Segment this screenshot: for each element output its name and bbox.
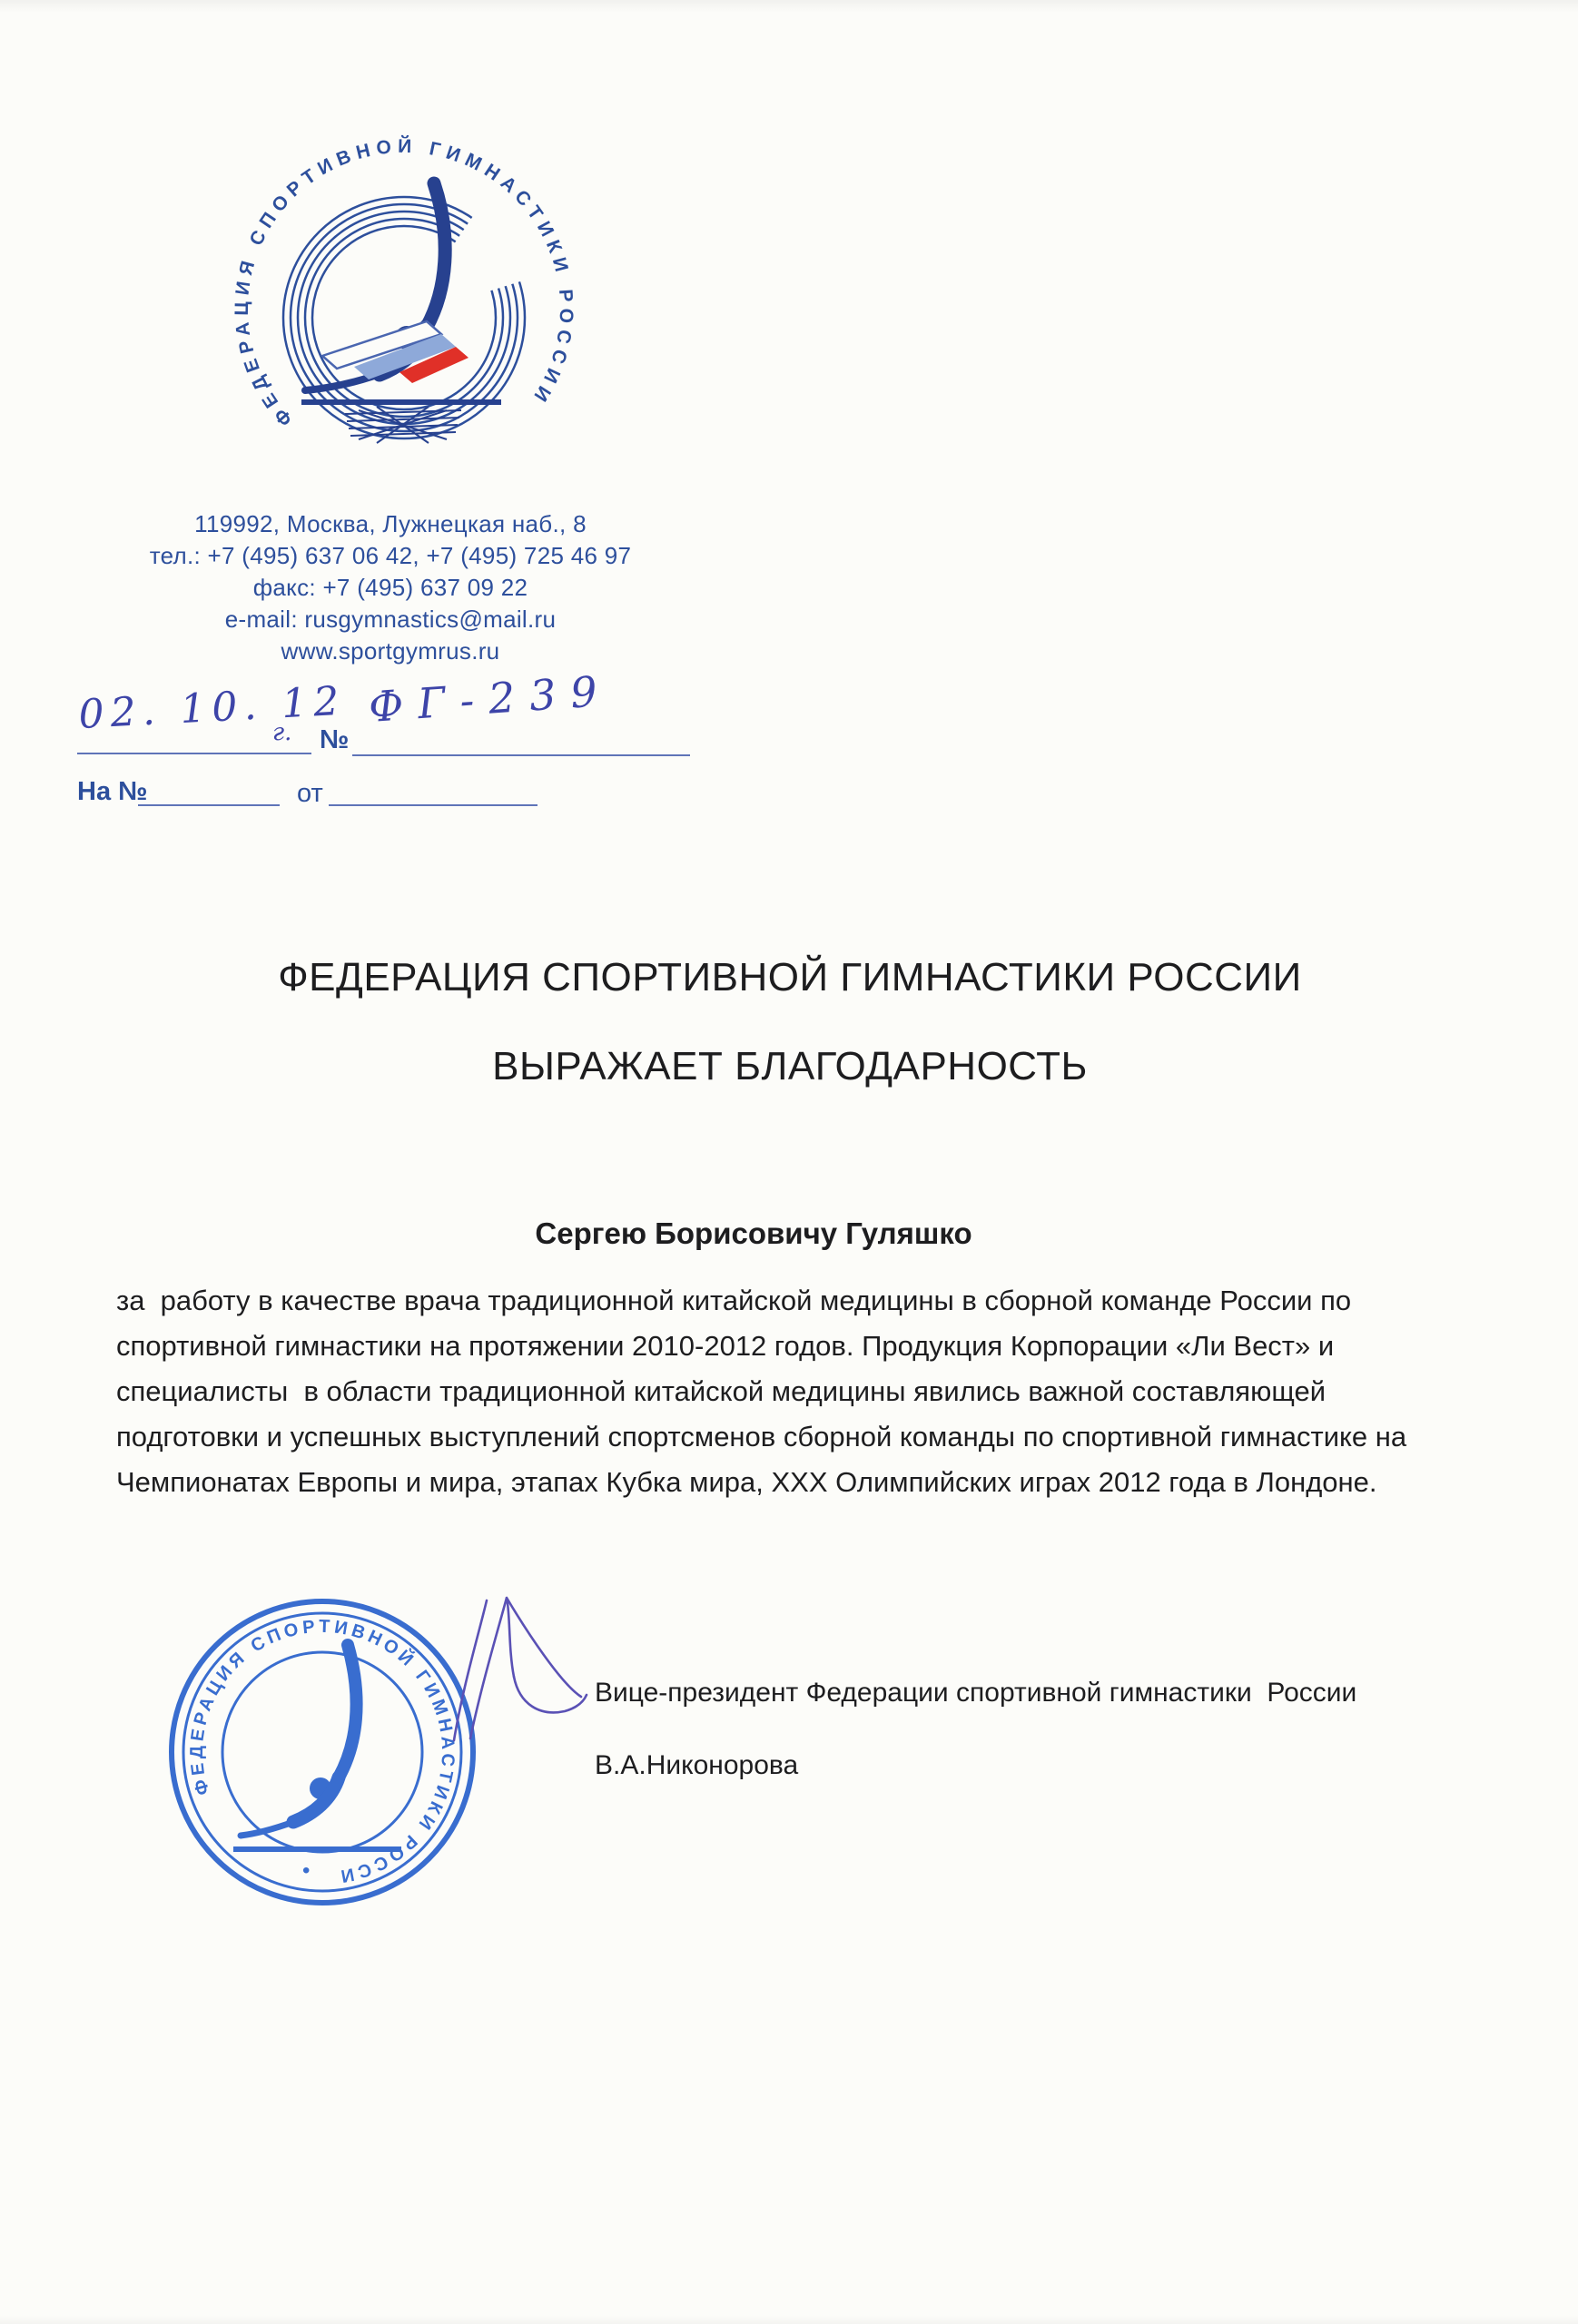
balance-beam: [301, 399, 501, 405]
org-fax: факс: +7 (495) 637 09 22: [73, 572, 708, 604]
org-website: www.sportgymrus.ru: [73, 635, 708, 667]
letterhead-contact-block: 119992, Москва, Лужнецкая наб., 8 тел.: …: [73, 508, 708, 667]
reply-number-line: [138, 804, 280, 806]
title-organization: ФЕДЕРАЦИЯ СПОРТИВНОЙ ГИМНАСТИКИ РОССИИ: [278, 955, 1302, 1000]
org-email: e-mail: rusgymnastics@mail.ru: [73, 604, 708, 635]
reply-to-label: На №: [77, 777, 147, 807]
letter-body: за работу в качестве врача традиционной …: [116, 1278, 1496, 1505]
signature-ink: [427, 1575, 636, 1757]
body-line: Чемпионатах Европы и мира, этапах Кубка …: [116, 1460, 1496, 1505]
body-line: спортивной гимнастики на протяжении 2010…: [116, 1324, 1496, 1369]
org-address: 119992, Москва, Лужнецкая наб., 8: [73, 508, 708, 540]
signer-title: Вице-президент Федерации спортивной гимн…: [595, 1678, 1356, 1709]
signer-name: В.А.Никонорова: [595, 1750, 798, 1781]
logo-ring-text: ФЕДЕРАЦИЯ СПОРТИВНОЙ ГИМНАСТИКИ РОССИИ: [232, 135, 577, 430]
body-line: за работу в качестве врача традиционной …: [116, 1278, 1496, 1324]
recipient-row: Сергею Борисовичу Гуляшко: [73, 1216, 1435, 1251]
from-label: от: [297, 779, 323, 809]
body-line: специалисты в области традиционной китай…: [116, 1369, 1496, 1414]
stamp-bottom-dot: •: [302, 1858, 310, 1883]
document-subtitle-row: ВЫРАЖАЕТ БЛАГОДАРНОСТЬ: [109, 1044, 1471, 1089]
number-label: №: [320, 725, 349, 755]
handwritten-date: 02. 10. 12: [77, 678, 346, 738]
handwritten-number: ФГ-239: [367, 665, 613, 732]
reply-date-line: [329, 804, 538, 806]
recipient-name: Сергею Борисовичу Гуляшко: [535, 1216, 971, 1250]
body-line: подготовки и успешных выступлений спортс…: [116, 1414, 1496, 1460]
title-gratitude: ВЫРАЖАЕТ БЛАГОДАРНОСТЬ: [492, 1044, 1088, 1088]
date-line: [77, 753, 311, 754]
year-suffix-label: г.: [272, 719, 291, 746]
letter-page: ФЕДЕРАЦИЯ СПОРТИВНОЙ ГИМНАСТИКИ РОССИИ: [0, 0, 1578, 2324]
number-line: [352, 754, 690, 756]
document-title-row: ФЕДЕРАЦИЯ СПОРТИВНОЙ ГИМНАСТИКИ РОССИИ: [109, 955, 1471, 1000]
federation-logo: ФЕДЕРАЦИЯ СПОРТИВНОЙ ГИМНАСТИКИ РОССИИ: [218, 127, 590, 490]
org-phone: тел.: +7 (495) 637 06 42, +7 (495) 725 4…: [73, 540, 708, 572]
